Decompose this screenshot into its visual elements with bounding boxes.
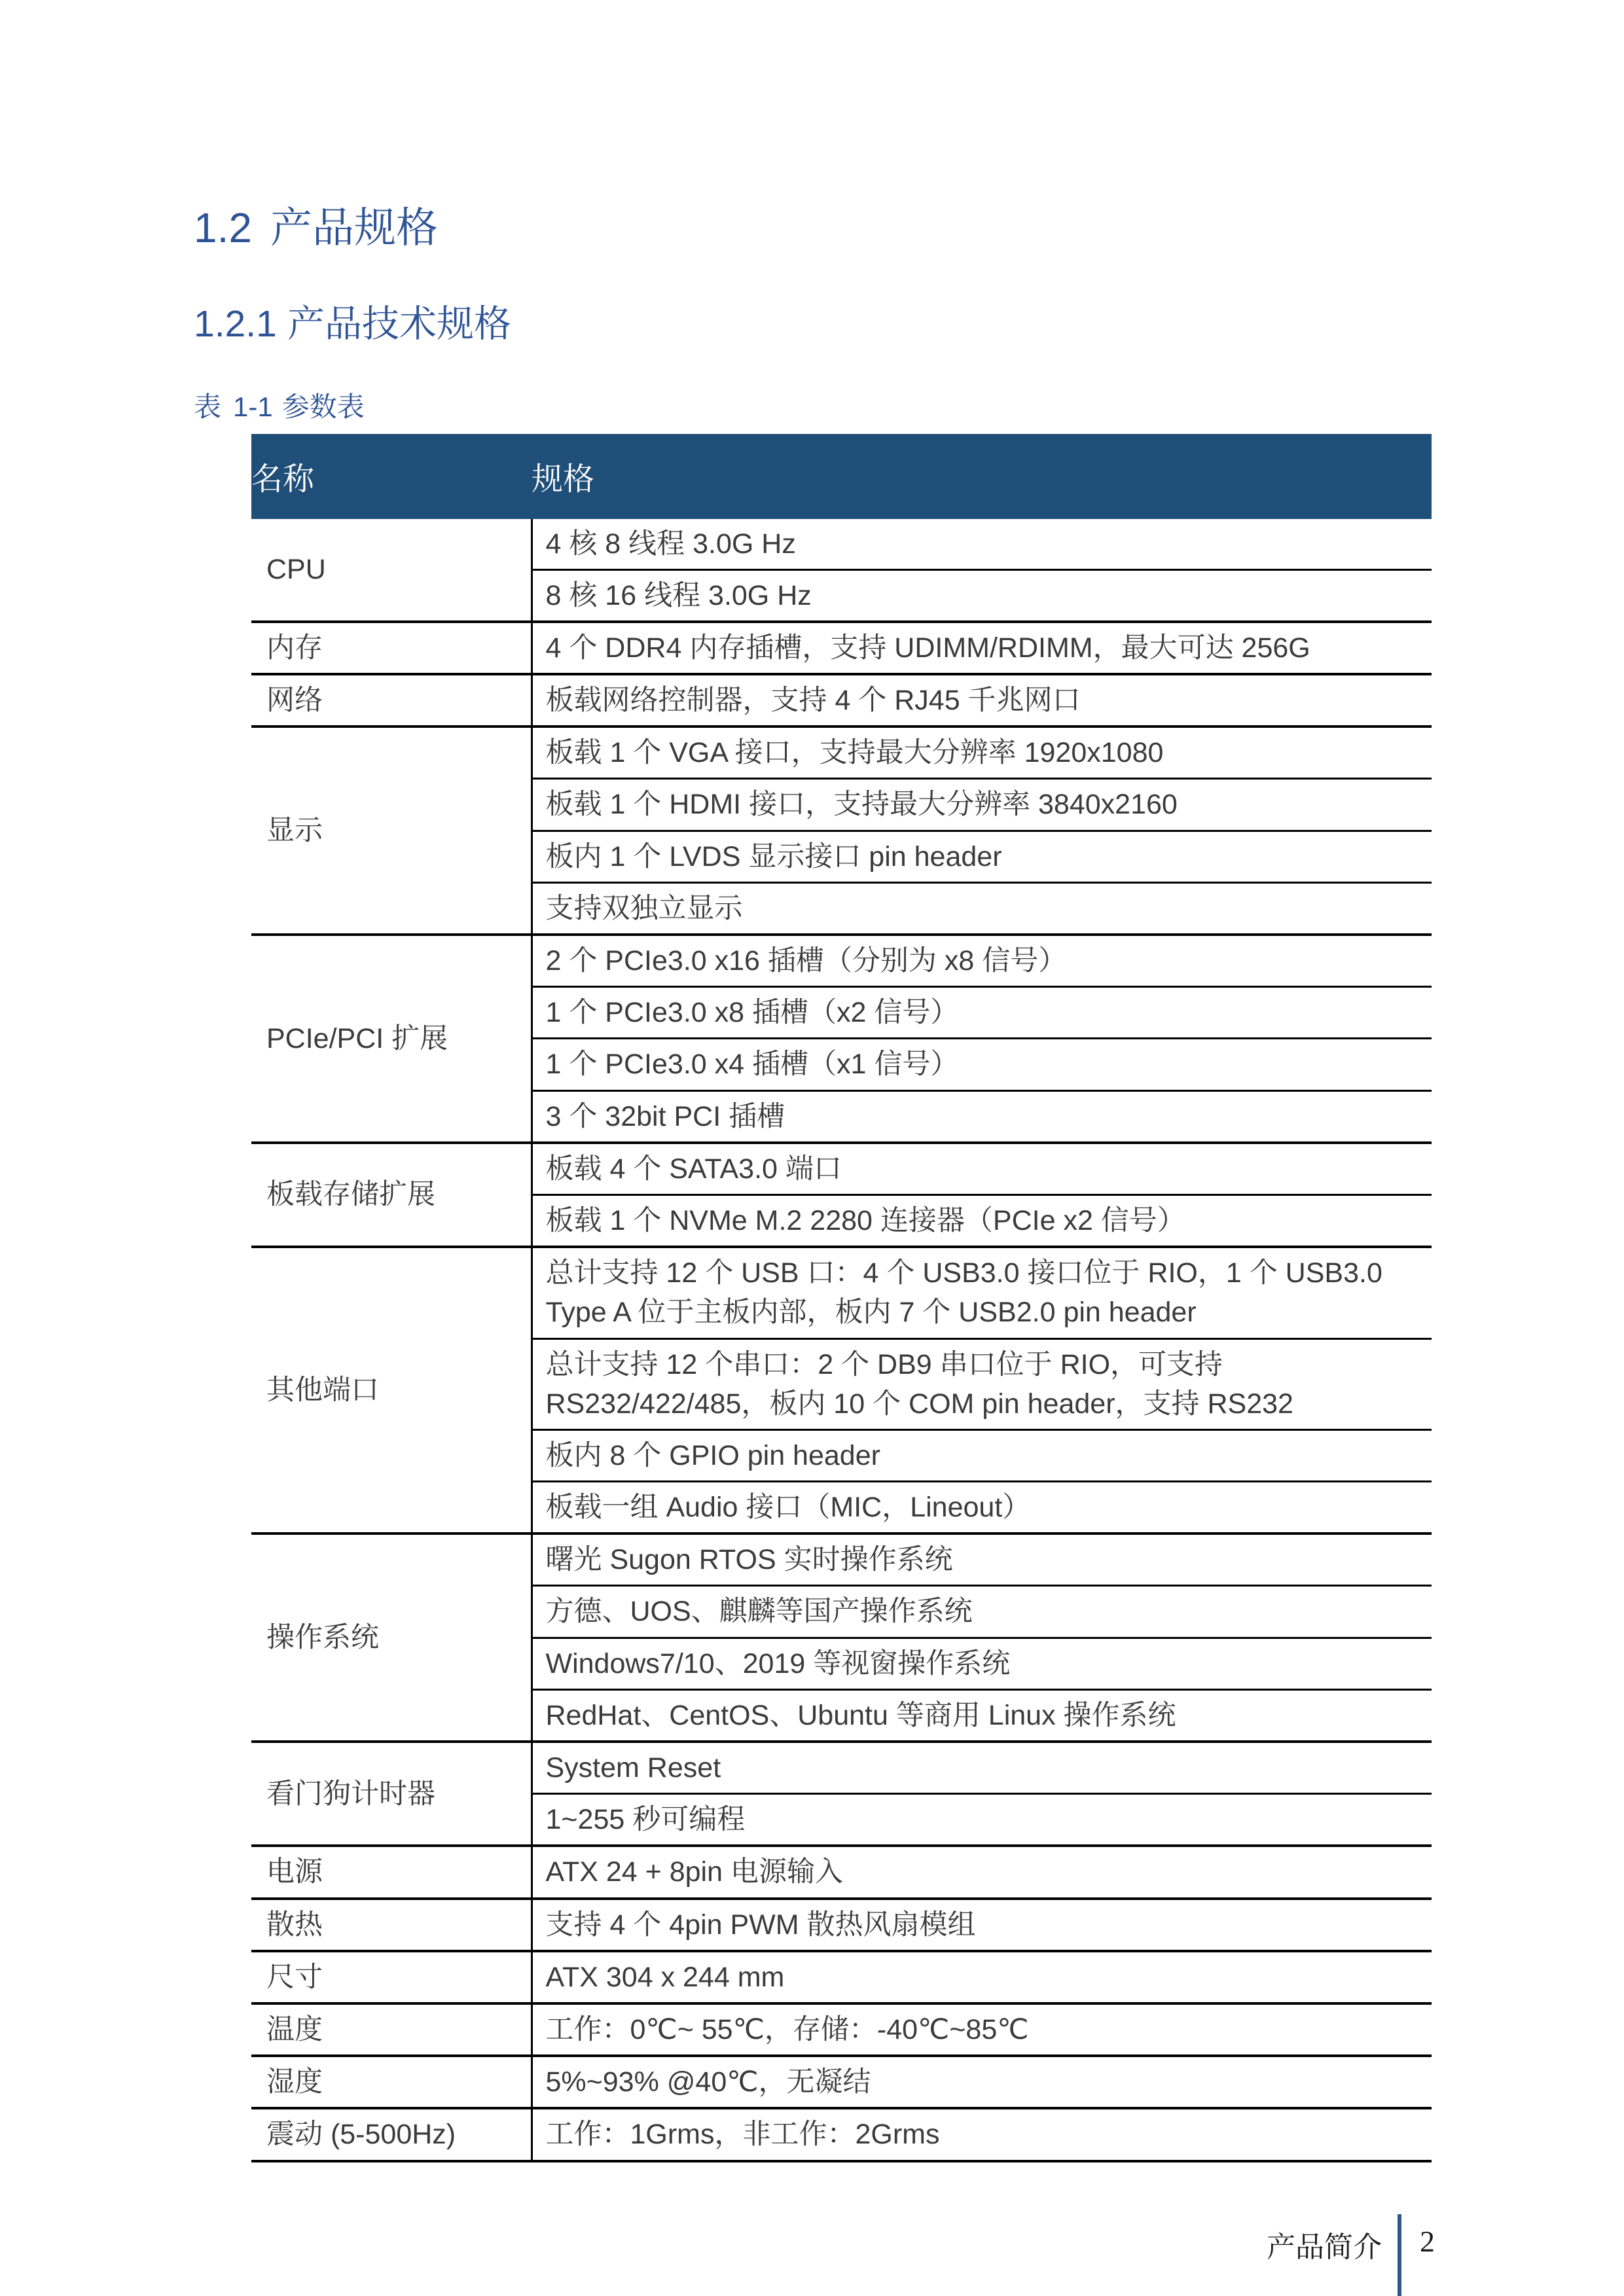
spec-value-cell: Windows7/10、2019 等视窗操作系统	[532, 1638, 1432, 1689]
spec-name-cell: 湿度	[251, 2056, 532, 2108]
table-caption-title: 参数表	[282, 391, 365, 422]
spec-name-cell: 看门狗计时器	[251, 1742, 532, 1846]
spec-value-cell: 1 个 PCIe3.0 x4 插槽（x1 信号）	[532, 1039, 1432, 1090]
spec-value-cell: 板载 1 个 VGA 接口，支持最大分辨率 1920x1080	[532, 726, 1432, 779]
spec-table: 名称 规格 CPU4 核 8 线程 3.0G Hz8 核 16 线程 3.0G …	[251, 434, 1432, 2162]
footer-divider-bar	[1398, 2214, 1401, 2296]
spec-table-row: 尺寸ATX 304 x 244 mm	[251, 1951, 1432, 2003]
spec-value-cell: 1 个 PCIe3.0 x8 插槽（x2 信号）	[532, 987, 1432, 1039]
section-heading-number: 1.2	[194, 204, 270, 253]
subsection-heading-title: 产品技术规格	[287, 303, 511, 345]
spec-table-row: 湿度5%~93% @40℃，无凝结	[251, 2056, 1432, 2108]
spec-value-cell: 板载网络控制器，支持 4 个 RJ45 千兆网口	[532, 674, 1432, 726]
spec-value-cell: 方德、UOS、麒麟等国产操作系统	[532, 1586, 1432, 1638]
spec-value-cell: 支持双独立显示	[532, 882, 1432, 935]
spec-table-row: 内存4 个 DDR4 内存插槽，支持 UDIMM/RDIMM，最大可达 256G	[251, 622, 1432, 674]
spec-value-cell: 曙光 Sugon RTOS 实时操作系统	[532, 1534, 1432, 1586]
page-footer: 产品简介 2	[0, 2214, 1624, 2296]
spec-name-cell: 尺寸	[251, 1951, 532, 2003]
spec-name-cell: PCIe/PCI 扩展	[251, 935, 532, 1143]
page-content: 1.2产品规格 1.2.1产品技术规格 表1-1参数表 名称 规格 CPU4 核…	[194, 0, 1437, 2162]
spec-table-head: 名称 规格	[251, 434, 1432, 519]
spec-value-cell: ATX 304 x 244 mm	[532, 1951, 1432, 2003]
table-caption-number: 1-1	[233, 391, 273, 422]
spec-name-cell: 操作系统	[251, 1534, 532, 1742]
spec-value-cell: 板内 1 个 LVDS 显示接口 pin header	[532, 831, 1432, 882]
spec-value-cell: 工作：0℃~ 55℃，存储：-40℃~85℃	[532, 2003, 1432, 2056]
spec-value-cell: 4 核 8 线程 3.0G Hz	[532, 519, 1432, 570]
spec-table-row: 电源ATX 24 + 8pin 电源输入	[251, 1846, 1432, 1898]
spec-table-row: 网络板载网络控制器，支持 4 个 RJ45 千兆网口	[251, 674, 1432, 726]
document-page: 1.2产品规格 1.2.1产品技术规格 表1-1参数表 名称 规格 CPU4 核…	[0, 0, 1624, 2296]
spec-name-cell: 板载存储扩展	[251, 1143, 532, 1247]
spec-value-cell: 3 个 32bit PCI 插槽	[532, 1090, 1432, 1143]
spec-table-row: 显示板载 1 个 VGA 接口，支持最大分辨率 1920x1080	[251, 726, 1432, 779]
spec-table-row: 看门狗计时器System Reset	[251, 1742, 1432, 1794]
spec-table-row: 板载存储扩展板载 4 个 SATA3.0 端口	[251, 1143, 1432, 1195]
table-caption: 表1-1参数表	[194, 391, 1437, 423]
spec-name-cell: 温度	[251, 2003, 532, 2056]
spec-name-cell: 内存	[251, 622, 532, 674]
spec-name-cell: 电源	[251, 1846, 532, 1898]
spec-value-cell: 板载 1 个 HDMI 接口，支持最大分辨率 3840x2160	[532, 779, 1432, 831]
spec-value-cell: 板内 8 个 GPIO pin header	[532, 1429, 1432, 1481]
spec-name-cell: 显示	[251, 726, 532, 935]
spec-table-row: CPU4 核 8 线程 3.0G Hz	[251, 519, 1432, 570]
spec-value-cell: 板载 4 个 SATA3.0 端口	[532, 1143, 1432, 1195]
spec-value-cell: 2 个 PCIe3.0 x16 插槽（分别为 x8 信号）	[532, 935, 1432, 987]
spec-name-cell: 散热	[251, 1899, 532, 1951]
spec-value-cell: 总计支持 12 个串口：2 个 DB9 串口位于 RIO，可支持 RS232/4…	[532, 1338, 1432, 1429]
spec-table-header-row: 名称 规格	[251, 434, 1432, 519]
spec-value-cell: 板载 1 个 NVMe M.2 2280 连接器（PCIe x2 信号）	[532, 1194, 1432, 1247]
section-heading-title: 产品规格	[270, 204, 438, 251]
spec-value-cell: 总计支持 12 个 USB 口：4 个 USB3.0 接口位于 RIO，1 个 …	[532, 1247, 1432, 1338]
spec-value-cell: RedHat、CentOS、Ubuntu 等商用 Linux 操作系统	[532, 1689, 1432, 1742]
subsection-heading: 1.2.1产品技术规格	[194, 303, 1437, 346]
column-header-spec: 规格	[532, 434, 1432, 519]
spec-value-cell: 1~255 秒可编程	[532, 1794, 1432, 1846]
spec-value-cell: ATX 24 + 8pin 电源输入	[532, 1846, 1432, 1898]
footer-section-label: 产品简介	[1267, 2223, 1382, 2265]
spec-name-cell: CPU	[251, 519, 532, 622]
section-heading: 1.2产品规格	[194, 0, 1437, 253]
spec-value-cell: 支持 4 个 4pin PWM 散热风扇模组	[532, 1899, 1432, 1951]
spec-table-body: CPU4 核 8 线程 3.0G Hz8 核 16 线程 3.0G Hz内存4 …	[251, 519, 1432, 2161]
spec-table-row: PCIe/PCI 扩展2 个 PCIe3.0 x16 插槽（分别为 x8 信号）	[251, 935, 1432, 987]
column-header-name: 名称	[251, 434, 532, 519]
spec-value-cell: 工作：1Grms，非工作：2Grms	[532, 2108, 1432, 2161]
spec-name-cell: 震动 (5-500Hz)	[251, 2108, 532, 2161]
spec-table-row: 散热支持 4 个 4pin PWM 散热风扇模组	[251, 1899, 1432, 1951]
spec-table-row: 其他端口总计支持 12 个 USB 口：4 个 USB3.0 接口位于 RIO，…	[251, 1247, 1432, 1338]
spec-value-cell: 4 个 DDR4 内存插槽，支持 UDIMM/RDIMM，最大可达 256G	[532, 622, 1432, 674]
subsection-heading-number: 1.2.1	[194, 303, 287, 346]
spec-value-cell: 8 核 16 线程 3.0G Hz	[532, 569, 1432, 622]
footer-page-number: 2	[1420, 2224, 1435, 2259]
spec-name-cell: 网络	[251, 674, 532, 726]
table-caption-prefix: 表	[194, 391, 221, 422]
spec-value-cell: 板载一组 Audio 接口（MIC，Lineout）	[532, 1482, 1432, 1534]
spec-name-cell: 其他端口	[251, 1247, 532, 1534]
spec-table-row: 温度工作：0℃~ 55℃，存储：-40℃~85℃	[251, 2003, 1432, 2056]
spec-table-row: 操作系统曙光 Sugon RTOS 实时操作系统	[251, 1534, 1432, 1586]
spec-value-cell: System Reset	[532, 1742, 1432, 1794]
page-footer-inner: 产品简介 2	[1267, 2214, 1435, 2296]
spec-table-row: 震动 (5-500Hz)工作：1Grms，非工作：2Grms	[251, 2108, 1432, 2161]
spec-value-cell: 5%~93% @40℃，无凝结	[532, 2056, 1432, 2108]
